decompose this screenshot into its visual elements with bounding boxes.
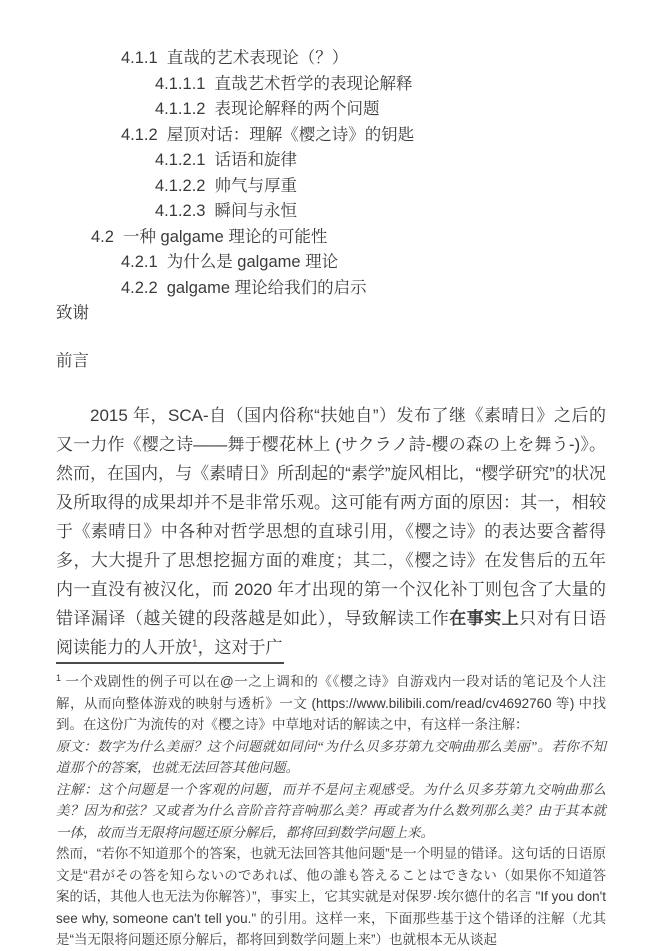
table-of-contents: 4.1.1直哉的艺术表现论（？） 4.1.1.1直哉艺术哲学的表现论解释 4.1… [56, 46, 606, 301]
toc-entry-number: 4.2 [91, 228, 114, 246]
footnote-separator [56, 662, 284, 664]
footnote-marker: 1 [56, 673, 61, 683]
toc-entry-label: 屋顶对话：理解《樱之诗》的钥匙 [167, 126, 415, 144]
toc-entry-number: 4.1.1 [121, 49, 158, 67]
body-paragraph: 2015 年，SCA-自（国内俗称“扶她自”）发布了继《素晴日》之后的又一力作《… [56, 401, 606, 662]
body-text-bold: 在事实上 [449, 609, 519, 628]
toc-entry-label: 直哉艺术哲学的表现论解释 [214, 75, 412, 93]
toc-entry: 4.1.1.2表现论解释的两个问题 [56, 97, 606, 123]
toc-entry-label: 瞬间与永恒 [214, 202, 297, 220]
body-text: 2015 年，SCA-自（国内俗称“扶她自”）发布了继《素晴日》之后的又一力作《… [56, 406, 606, 628]
section-heading-preface: 前言 [56, 349, 606, 375]
toc-entry-number: 4.1.2.3 [155, 202, 205, 220]
toc-entry-number: 4.2.2 [121, 279, 158, 297]
toc-entry: 4.1.2.1话语和旋律 [56, 148, 606, 174]
toc-entry: 4.1.1直哉的艺术表现论（？） [56, 46, 606, 72]
toc-entry: 4.1.2屋顶对话：理解《樱之诗》的钥匙 [56, 123, 606, 149]
body-text: ，这对于广 [198, 638, 283, 657]
toc-entry: 4.2.1为什么是 galgame 理论 [56, 250, 606, 276]
footnote-area: 1一个戏剧性的例子可以在@一之上调和的《《樱之诗》自游戏内一段对话的笔记及个人注… [56, 662, 606, 951]
toc-entry-number: 4.1.2 [121, 126, 158, 144]
toc-entry: 4.1.2.2帅气与厚重 [56, 174, 606, 200]
toc-entry-number: 4.1.2.1 [155, 151, 205, 169]
footnote-commentary: 然而，“若你不知道那个的答案，也就无法回答其他问题”是一个明显的错译。这句话的日… [56, 843, 606, 951]
section-heading-acknowledgements: 致谢 [56, 301, 606, 327]
document-page: 4.1.1直哉的艺术表现论（？） 4.1.1.1直哉艺术哲学的表现论解释 4.1… [0, 0, 660, 937]
toc-entry: 4.2.2galgame 理论给我们的启示 [56, 276, 606, 302]
toc-entry-label: 帅气与厚重 [214, 177, 297, 195]
footnote-text: 一个戏剧性的例子可以在@一之上调和的《《樱之诗》自游戏内一段对话的笔记及个人注解… [56, 674, 606, 732]
toc-entry-label: 话语和旋律 [214, 151, 297, 169]
toc-entry-number: 4.1.1.2 [155, 100, 205, 118]
toc-entry-label: 为什么是 galgame 理论 [167, 253, 338, 271]
footnote-paragraph: 1一个戏剧性的例子可以在@一之上调和的《《樱之诗》自游戏内一段对话的笔记及个人注… [56, 671, 606, 736]
toc-entry-label: 表现论解释的两个问题 [214, 100, 379, 118]
toc-entry: 4.1.1.1直哉艺术哲学的表现论解释 [56, 72, 606, 98]
toc-entry-label: 一种 galgame 理论的可能性 [123, 228, 327, 246]
toc-entry-label: galgame 理论给我们的启示 [167, 279, 367, 297]
toc-entry-number: 4.1.1.1 [155, 75, 205, 93]
toc-entry-number: 4.1.2.2 [155, 177, 205, 195]
footnote-quote-annotation: 注解：这个问题是一个客观的问题，而并不是问主观感受。为什么贝多芬第九交响曲那么美… [56, 779, 606, 844]
toc-entry-label: 直哉的艺术表现论（？） [167, 49, 349, 67]
toc-entry: 4.2一种 galgame 理论的可能性 [56, 225, 606, 251]
footnote-quote-original: 原文：数字为什么美丽？这个问题就如同问“为什么贝多芬第九交响曲那么美丽”。若你不… [56, 736, 606, 779]
toc-entry: 4.1.2.3瞬间与永恒 [56, 199, 606, 225]
toc-entry-number: 4.2.1 [121, 253, 158, 271]
